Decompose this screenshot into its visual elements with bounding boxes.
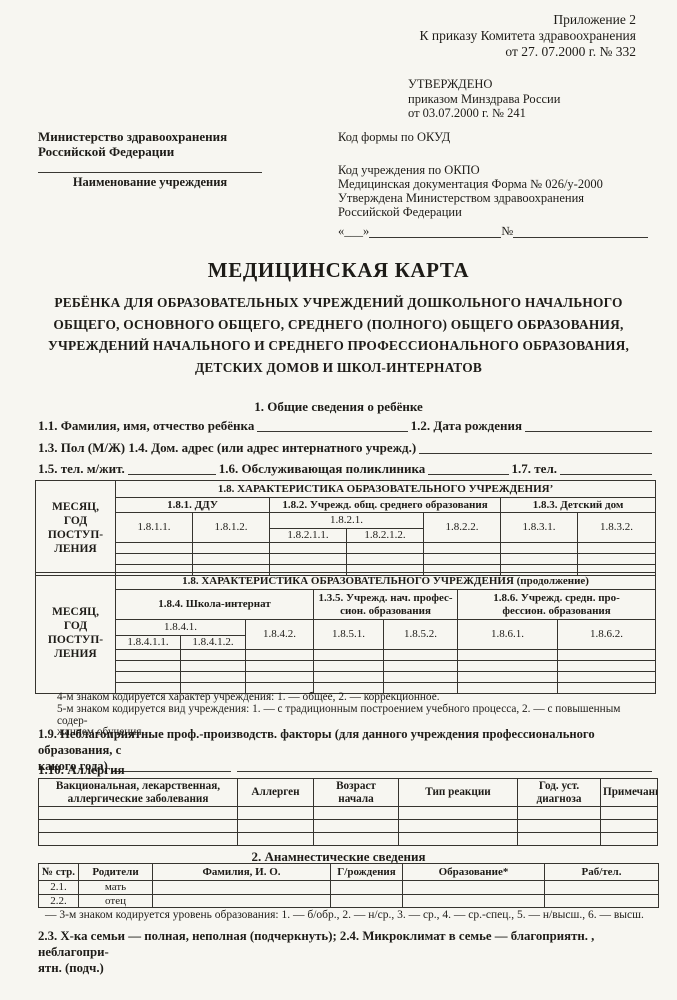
number-blank-line: [513, 225, 648, 238]
allergy-col-header: Год. уст. диагноза: [518, 779, 601, 807]
anamnesis-col-header: Раб/тел.: [545, 864, 659, 881]
code-cell: 1.8.5.1.: [314, 620, 384, 650]
empty-cell: [403, 881, 545, 895]
code-cell: 1.8.4.1.1.: [116, 636, 181, 650]
group-ddu: 1.8.1. ДДУ: [116, 498, 270, 513]
group-primary-vocational: 1.3.5. Учрежд. нач. профес- сион. образо…: [314, 590, 458, 620]
section1-heading: 1. Общие сведения о ребёнке: [0, 399, 677, 415]
group-boarding-school: 1.8.4. Школа-интернат: [116, 590, 314, 620]
empty-cell: [399, 820, 518, 833]
empty-cell: [181, 650, 246, 661]
empty-cell: [116, 661, 181, 672]
code-cell: 1.8.2.1.1.: [270, 529, 347, 543]
code-cell: 1.8.3.1.: [501, 513, 578, 543]
empty-cell: [424, 543, 501, 554]
ministry-block: Министерство здравоохранения Российской …: [38, 129, 262, 190]
empty-cell: [246, 661, 314, 672]
empty-cell: [578, 543, 656, 554]
code-cell: 1.8.4.1.2.: [181, 636, 246, 650]
empty-cell: [458, 661, 558, 672]
allergy-col-header: Примечания: [601, 779, 658, 807]
empty-cell: [314, 807, 399, 820]
group-childrens-home: 1.8.3. Детский дом: [501, 498, 656, 513]
field-phones-clinic: 1.5. тел. м/жит. 1.6. Обслуживающая поли…: [38, 461, 655, 477]
month-year-admission-label: МЕСЯЦ, ГОД ПОСТУП- ЛЕНИЯ: [36, 481, 116, 576]
empty-cell: [601, 807, 658, 820]
table-institution-characteristics-1: МЕСЯЦ, ГОД ПОСТУП- ЛЕНИЯ 1.8. ХАРАКТЕРИС…: [35, 480, 656, 576]
date-blank-line: [369, 225, 501, 238]
institution-caption: Наименование учреждения: [38, 175, 262, 190]
date-quote: «___»: [338, 224, 369, 238]
subtitle-line: УЧРЕЖДЕНИЙ НАЧАЛЬНОГО И СРЕДНЕГО ПРОФЕСС…: [30, 335, 647, 357]
dob-blank-line: [525, 418, 652, 432]
empty-cell: [558, 650, 656, 661]
empty-cell: [270, 543, 347, 554]
empty-cell: [39, 820, 238, 833]
appendix-line: от 27. 07.2000 г. № 332: [419, 44, 636, 60]
group-secondary-vocational: 1.8.6. Учрежд. средн. про- фессион. обра…: [458, 590, 656, 620]
empty-cell: [403, 894, 545, 908]
allergy-col-header: Возраст начала: [314, 779, 399, 807]
allergy-table: Вакциональная, лекарственная, аллергичес…: [38, 778, 658, 846]
clinic-phone-blank-line: [560, 461, 652, 475]
medical-card-form-page: Приложение 2 К приказу Комитета здравоох…: [0, 0, 677, 1000]
empty-cell: [501, 554, 578, 565]
table2-title: 1.8. ХАРАКТЕРИСТИКА ОБРАЗОВАТЕЛЬНОГО УЧР…: [116, 573, 656, 590]
field-1-9-blank-line: [111, 758, 231, 772]
empty-cell: [347, 543, 424, 554]
empty-cell: [238, 820, 314, 833]
home-phone-label: 1.5. тел. м/жит.: [38, 461, 125, 477]
empty-cell: [193, 554, 270, 565]
empty-cell: [399, 833, 518, 846]
empty-cell: [116, 672, 181, 683]
code-cell: 1.8.2.2.: [424, 513, 501, 543]
empty-cell: [270, 554, 347, 565]
month-year-admission-label: МЕСЯЦ, ГОД ПОСТУП- ЛЕНИЯ: [36, 573, 116, 694]
empty-cell: [458, 650, 558, 661]
empty-cell: [116, 650, 181, 661]
empty-cell: [331, 894, 403, 908]
page-title: МЕДИЦИНСКАЯ КАРТА: [0, 258, 677, 283]
approved-line: от 03.07.2000 г. № 241: [408, 106, 560, 121]
code-cell: 1.8.6.2.: [558, 620, 656, 650]
clinic-phone-label: 1.7. тел.: [512, 461, 557, 477]
allergy-col-header: Тип реакции: [399, 779, 518, 807]
anamnesis-col-header: Образование*: [403, 864, 545, 881]
empty-cell: [314, 820, 399, 833]
ministry-line: Российской Федерации: [38, 144, 262, 159]
form-info-line: Российской Федерации: [338, 205, 648, 219]
okpo-label: Код учреждения по ОКПО: [338, 163, 648, 177]
code-cell: 1.8.2.1.: [270, 513, 424, 529]
empty-cell: [153, 881, 331, 895]
empty-cell: [331, 881, 403, 895]
empty-cell: [424, 554, 501, 565]
appendix-block: Приложение 2 К приказу Комитета здравоох…: [419, 12, 636, 60]
empty-cell: [458, 672, 558, 683]
empty-cell: [601, 833, 658, 846]
subtitle-line: ДЕТСКИХ ДОМОВ И ШКОЛ-ИНТЕРНАТОВ: [30, 357, 647, 379]
empty-cell: [314, 672, 384, 683]
empty-cell: [116, 543, 193, 554]
empty-cell: [153, 894, 331, 908]
ministry-line: Министерство здравоохранения: [38, 129, 262, 144]
empty-cell: [347, 554, 424, 565]
allergy-col-header: Аллерген: [238, 779, 314, 807]
number-sign: №: [501, 224, 513, 238]
row-number-cell: 2.2.: [39, 894, 79, 908]
anamnesis-col-header: Фамилия, И. О.: [153, 864, 331, 881]
anamnesis-col-header: № стр.: [39, 864, 79, 881]
table1-title: 1.8. ХАРАКТЕРИСТИКА ОБРАЗОВАТЕЛЬНОГО УЧР…: [116, 481, 656, 498]
spacer: [338, 144, 648, 163]
page-subtitle: РЕБЁНКА ДЛЯ ОБРАЗОВАТЕЛЬНЫХ УЧРЕЖДЕНИЙ Д…: [30, 292, 647, 378]
anamnesis-table: № стр. Родители Фамилия, И. О. Г/рождени…: [38, 863, 659, 908]
empty-cell: [39, 833, 238, 846]
anamnesis-col-header: Родители: [79, 864, 153, 881]
empty-cell: [181, 672, 246, 683]
empty-cell: [558, 672, 656, 683]
field-fio-dob: 1.1. Фамилия, имя, отчество ребёнка 1.2.…: [38, 418, 655, 434]
subtitle-line: ОБЩЕГО, ОСНОВНОГО ОБЩЕГО, СРЕДНЕГО (ПОЛН…: [30, 314, 647, 336]
parent-cell: отец: [79, 894, 153, 908]
empty-cell: [314, 650, 384, 661]
code-cell: 1.8.2.1.2.: [347, 529, 424, 543]
empty-cell: [601, 820, 658, 833]
allergy-heading: 1.10. Аллергия: [38, 762, 125, 778]
code-cell: 1.8.4.2.: [246, 620, 314, 650]
anamnesis-col-header: Г/рождения: [331, 864, 403, 881]
empty-cell: [545, 894, 659, 908]
empty-cell: [116, 554, 193, 565]
codes-block: Код формы по ОКУД Код учреждения по ОКПО…: [338, 130, 648, 238]
date-number-line: «___» №: [338, 224, 648, 238]
empty-cell: [193, 543, 270, 554]
empty-cell: [558, 661, 656, 672]
institution-name-line: [38, 172, 262, 173]
empty-cell: [238, 833, 314, 846]
empty-cell: [578, 554, 656, 565]
okud-label: Код формы по ОКУД: [338, 130, 648, 144]
form-info-line: Утверждена Министерством здравоохранения: [338, 191, 648, 205]
empty-cell: [518, 820, 601, 833]
parent-cell: мать: [79, 881, 153, 895]
clinic-label: 1.6. Обслуживающая поликлиника: [219, 461, 426, 477]
empty-cell: [399, 807, 518, 820]
subtitle-line: РЕБЁНКА ДЛЯ ОБРАЗОВАТЕЛЬНЫХ УЧРЕЖДЕНИЙ Д…: [30, 292, 647, 314]
fio-blank-line: [257, 418, 407, 432]
code-cell: 1.8.5.2.: [384, 620, 458, 650]
field-2-3-line1: 2.3. Х-ка семьи — полная, неполная (подч…: [38, 928, 652, 960]
empty-cell: [501, 543, 578, 554]
empty-cell: [314, 661, 384, 672]
code-cell: 1.8.6.1.: [458, 620, 558, 650]
footnote-line: 5-м знаком кодируется вид учреждения: 1.…: [57, 704, 652, 728]
empty-cell: [384, 650, 458, 661]
fio-label: 1.1. Фамилия, имя, отчество ребёнка: [38, 418, 254, 434]
field-sex-address: 1.3. Пол (М/Ж) 1.4. Дом. адрес (или адре…: [38, 440, 655, 456]
approved-line: УТВЕРЖДЕНО: [408, 77, 560, 92]
empty-cell: [181, 661, 246, 672]
code-cell: 1.8.4.1.: [116, 620, 246, 636]
empty-cell: [39, 807, 238, 820]
education-footnote: — 3-м знаком кодируется уровень образова…: [45, 909, 655, 921]
empty-cell: [246, 650, 314, 661]
empty-cell: [545, 881, 659, 895]
empty-cell: [518, 807, 601, 820]
approved-block: УТВЕРЖДЕНО приказом Минздрава России от …: [408, 77, 560, 121]
empty-cell: [238, 807, 314, 820]
row-number-cell: 2.1.: [39, 881, 79, 895]
empty-cell: [246, 672, 314, 683]
dob-label: 1.2. Дата рождения: [411, 418, 522, 434]
group-secondary-education: 1.8.2. Учрежд. общ. среднего образования: [270, 498, 501, 513]
code-cell: 1.8.1.1.: [116, 513, 193, 543]
code-cell: 1.8.1.2.: [193, 513, 270, 543]
table-institution-characteristics-2: МЕСЯЦ, ГОД ПОСТУП- ЛЕНИЯ 1.8. ХАРАКТЕРИС…: [35, 572, 656, 694]
clinic-blank-line: [428, 461, 508, 475]
appendix-line: К приказу Комитета здравоохранения: [419, 28, 636, 44]
address-blank-line: [419, 440, 652, 454]
empty-cell: [384, 661, 458, 672]
allergy-col-header: Вакциональная, лекарственная, аллергичес…: [39, 779, 238, 807]
field-2-3-family: 2.3. Х-ка семьи — полная, неполная (подч…: [38, 928, 652, 976]
empty-cell: [314, 833, 399, 846]
empty-cell: [518, 833, 601, 846]
form-info-line: Медицинская документация Форма № 026/у-2…: [338, 177, 648, 191]
appendix-line: Приложение 2: [419, 12, 636, 28]
field-1-9-line1: 1.9. Неблагоприятные проф.-производств. …: [38, 727, 655, 758]
field-1-9-unfavorable-factors: 1.9. Неблагоприятные проф.-производств. …: [38, 727, 655, 774]
home-phone-blank-line: [128, 461, 216, 475]
field-2-3-line2: ятн. (подч.): [38, 960, 652, 976]
sex-address-label: 1.3. Пол (М/Ж) 1.4. Дом. адрес (или адре…: [38, 440, 416, 456]
empty-cell: [384, 672, 458, 683]
code-cell: 1.8.3.2.: [578, 513, 656, 543]
field-1-9-blank-line: [237, 758, 652, 772]
approved-line: приказом Минздрава России: [408, 92, 560, 107]
